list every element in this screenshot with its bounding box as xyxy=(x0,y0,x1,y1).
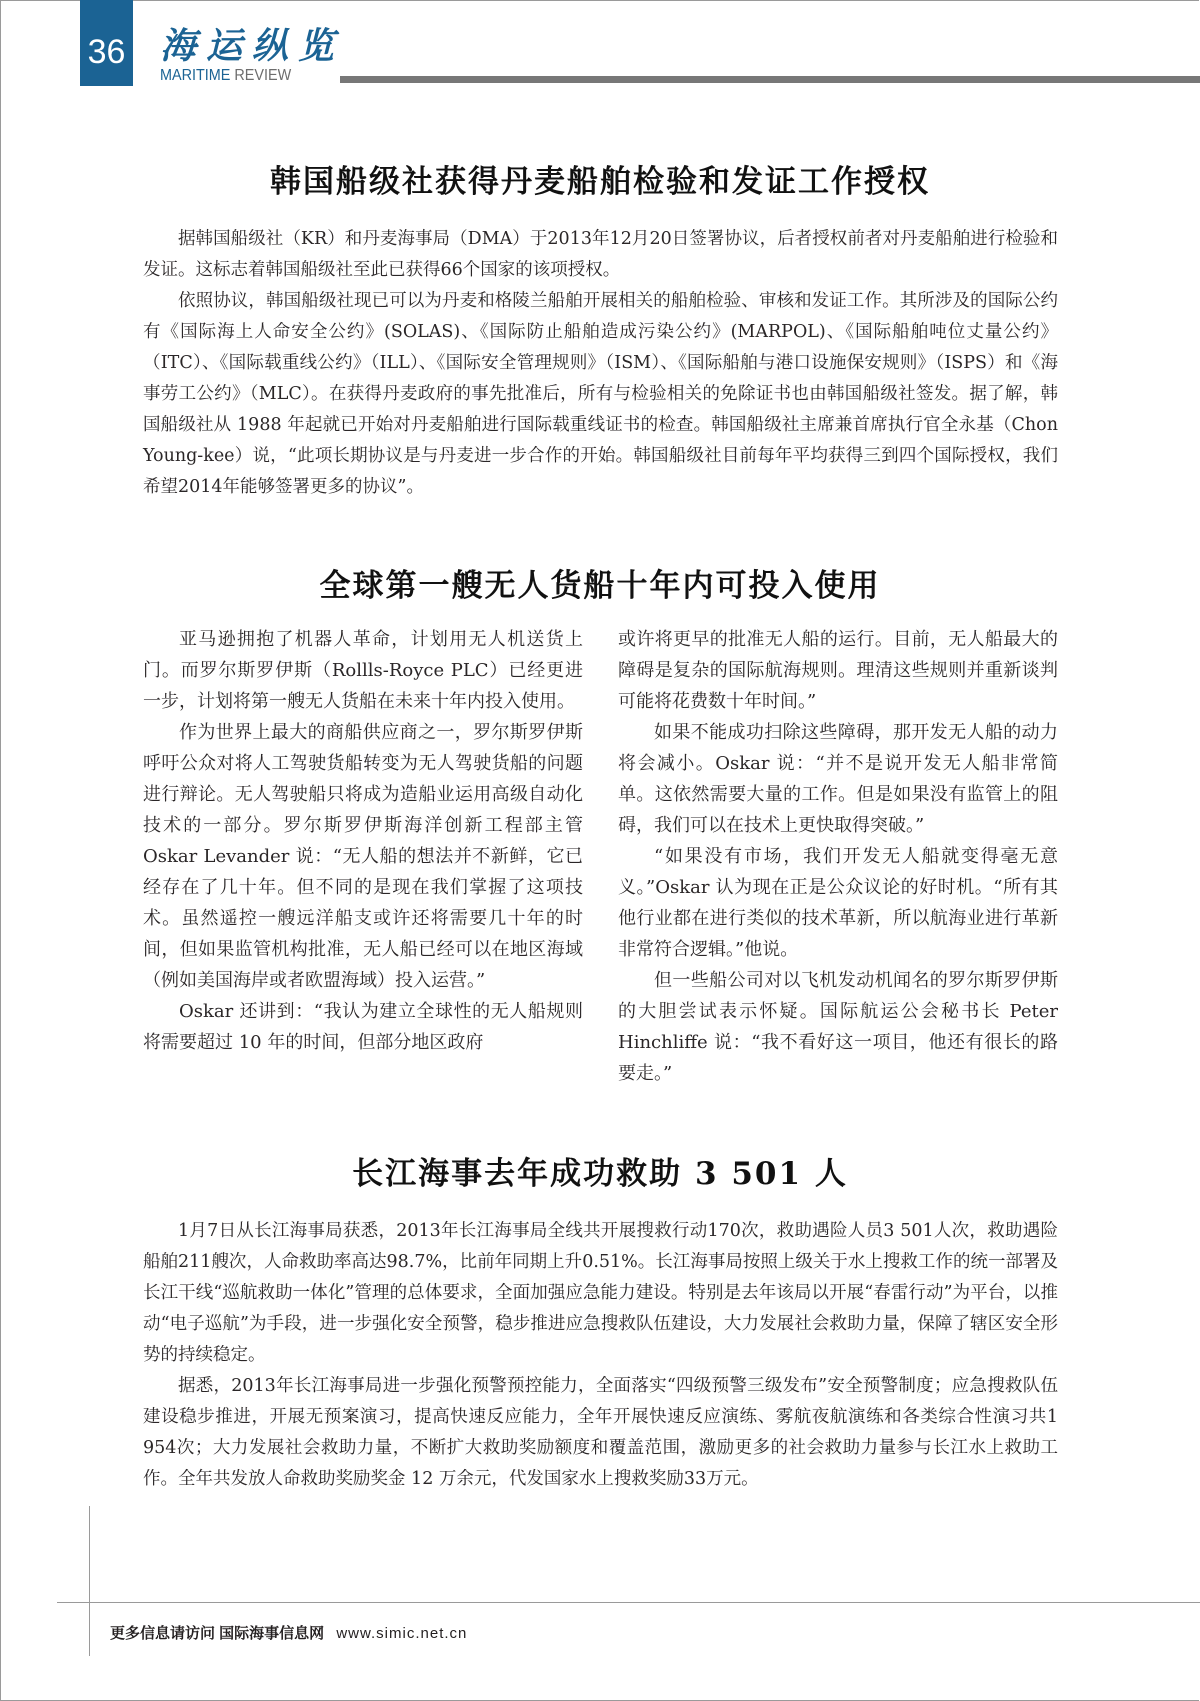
article-2-title: 全球第一艘无人货船十年内可投入使用 xyxy=(0,560,1200,605)
article-2-paragraph: Oskar 还讲到：“我认为建立全球性的无人船规则将需要超过 10 年的时间，但… xyxy=(143,996,583,1058)
article-2-left-column: 亚马逊拥抱了机器人革命，计划用无人机送货上门。而罗尔斯罗伊斯（Rollls-Ro… xyxy=(143,624,583,1058)
article-2-paragraph: 亚马逊拥抱了机器人革命，计划用无人机送货上门。而罗尔斯罗伊斯（Rollls-Ro… xyxy=(143,624,583,717)
article-2-paragraph: 作为世界上最大的商船供应商之一，罗尔斯罗伊斯呼吁公众对将人工驾驶货船转变为无人驾… xyxy=(143,717,583,996)
magazine-title-en-maritime: MARITIME xyxy=(160,67,230,84)
article-3-paragraph: 据悉，2013年长江海事局进一步强化预警预控能力，全面落实“四级预警三级发布”安… xyxy=(143,1371,1058,1495)
magazine-title-cn: 海运纵览 xyxy=(160,18,344,69)
page-number: 36 xyxy=(88,33,126,72)
article-2-paragraph: 但一些船公司对以飞机发动机闻名的罗尔斯罗伊斯的大胆尝试表示怀疑。国际航运公会秘书… xyxy=(618,965,1058,1089)
article-1-title: 韩国船级社获得丹麦船舶检验和发证工作授权 xyxy=(0,156,1200,201)
footer-label: 更多信息请访问 国际海事信息网 xyxy=(110,1625,324,1642)
article-2-paragraph: “如果没有市场，我们开发无人船就变得毫无意义。”Oskar 认为现在正是公众议论… xyxy=(618,841,1058,965)
article-1-paragraph: 据韩国船级社（KR）和丹麦海事局（DMA）于2013年12月20日签署协议，后者… xyxy=(143,224,1058,286)
page-number-badge: 36 xyxy=(80,0,133,86)
magazine-title-en: MARITIME REVIEW xyxy=(160,67,291,85)
footer-url-link[interactable]: www.simic.net.cn xyxy=(336,1625,467,1642)
footer: 更多信息请访问 国际海事信息网 www.simic.net.cn xyxy=(110,1622,467,1643)
footer-rule xyxy=(57,1602,1200,1603)
article-3-title: 长江海事去年成功救助 3 501 人 xyxy=(0,1148,1200,1193)
margin-vertical-rule xyxy=(89,1506,90,1656)
article-2-right-column: 或许将更早的批准无人船的运行。目前，无人船最大的障碍是复杂的国际航海规则。理清这… xyxy=(618,624,1058,1089)
article-3-body: 1月7日从长江海事局获悉，2013年长江海事局全线共开展搜救行动170次，救助遇… xyxy=(143,1216,1058,1495)
magazine-title-en-review: REVIEW xyxy=(234,67,291,84)
article-1-body: 据韩国船级社（KR）和丹麦海事局（DMA）于2013年12月20日签署协议，后者… xyxy=(143,224,1058,503)
header-rule xyxy=(340,76,1200,83)
article-3-paragraph: 1月7日从长江海事局获悉，2013年长江海事局全线共开展搜救行动170次，救助遇… xyxy=(143,1216,1058,1371)
article-2-paragraph-continued: 或许将更早的批准无人船的运行。目前，无人船最大的障碍是复杂的国际航海规则。理清这… xyxy=(618,624,1058,717)
article-1-paragraph: 依照协议，韩国船级社现已可以为丹麦和格陵兰船舶开展相关的船舶检验、审核和发证工作… xyxy=(143,286,1058,503)
article-2-paragraph: 如果不能成功扫除这些障碍，那开发无人船的动力将会减小。Oskar 说：“并不是说… xyxy=(618,717,1058,841)
